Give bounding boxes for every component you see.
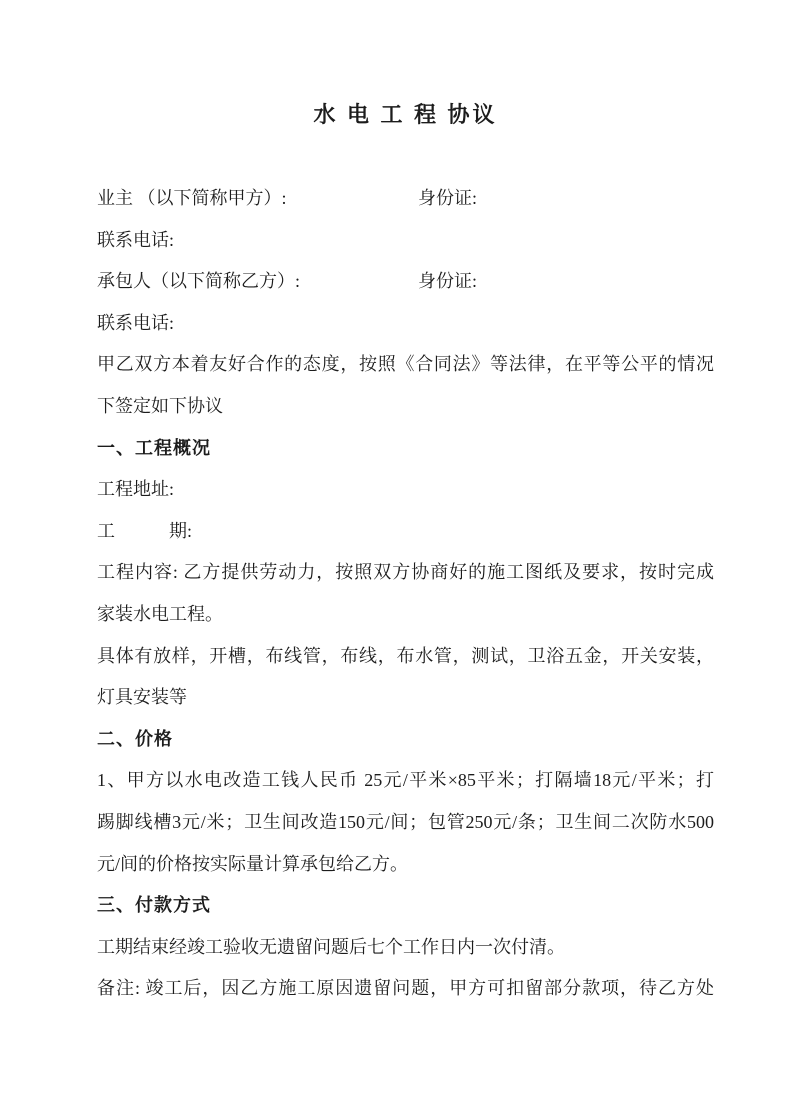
- line-text: 备注: 竣工后，因乙方施工原因遗留问题，甲方可扣留部分款项，待乙方处: [97, 978, 714, 998]
- text-line: 具体有放样，开槽，布线管，布线，布水管，测试，卫浴五金，开关安装，: [97, 636, 714, 678]
- text-line: 工程内容: 乙方提供劳动力，按照双方协商好的施工图纸及要求，按时完成: [97, 552, 714, 594]
- line-text: 承包人（以下简称乙方）:: [97, 271, 300, 291]
- line-text: 1、甲方以水电改造工钱人民币 25元/平米×85平米；打隔墙18元/平米；打: [97, 770, 714, 790]
- line-text: 下签定如下协议: [97, 396, 223, 416]
- document-page: 水 电 工 程 协议 业主 （以下简称甲方）:身份证:联系电话:承包人（以下简称…: [0, 0, 792, 1120]
- line-text: 联系电话:: [97, 313, 174, 333]
- text-line: 灯具安装等: [97, 677, 714, 719]
- text-line: 承包人（以下简称乙方）:身份证:: [97, 261, 714, 303]
- line-text: 灯具安装等: [97, 687, 187, 707]
- line-text: 三、付款方式: [97, 895, 211, 915]
- text-line: 甲乙双方本着友好合作的态度，按照《合同法》等法律，在平等公平的情况: [97, 344, 714, 386]
- text-line: 元/间的价格按实际量计算承包给乙方。: [97, 844, 714, 886]
- text-line: 联系电话:: [97, 220, 714, 262]
- line-text: 甲乙双方本着友好合作的态度，按照《合同法》等法律，在平等公平的情况: [97, 354, 714, 374]
- text-line: 踢脚线槽3元/米；卫生间改造150元/间；包管250元/条；卫生间二次防水500: [97, 802, 714, 844]
- text-line: 工程地址:: [97, 469, 714, 511]
- text-line: 1、甲方以水电改造工钱人民币 25元/平米×85平米；打隔墙18元/平米；打: [97, 760, 714, 802]
- line-text: 家装水电工程。: [97, 604, 223, 624]
- section-heading: 三、付款方式: [97, 885, 714, 927]
- line-text: 具体有放样，开槽，布线管，布线，布水管，测试，卫浴五金，开关安装，: [97, 646, 714, 666]
- section-heading: 二、价格: [97, 719, 714, 761]
- line-text: 踢脚线槽3元/米；卫生间改造150元/间；包管250元/条；卫生间二次防水500: [97, 812, 714, 832]
- text-line: 工期结束经竣工验收无遗留问题后七个工作日内一次付清。: [97, 927, 714, 969]
- text-line: 备注: 竣工后，因乙方施工原因遗留问题，甲方可扣留部分款项，待乙方处: [97, 968, 714, 1010]
- line-text: 工程地址:: [97, 479, 174, 499]
- line-text: 元/间的价格按实际量计算承包给乙方。: [97, 854, 408, 874]
- id-card-label: 身份证:: [418, 261, 477, 303]
- text-line: 工 期:: [97, 511, 714, 553]
- section-heading: 一、工程概况: [97, 428, 714, 470]
- line-text: 工期结束经竣工验收无遗留问题后七个工作日内一次付清。: [97, 937, 565, 957]
- line-text: 工程内容: 乙方提供劳动力，按照双方协商好的施工图纸及要求，按时完成: [97, 562, 714, 582]
- text-line: 联系电话:: [97, 303, 714, 345]
- text-line: 家装水电工程。: [97, 594, 714, 636]
- document-body: 业主 （以下简称甲方）:身份证:联系电话:承包人（以下简称乙方）:身份证:联系电…: [97, 178, 714, 1010]
- line-text: 联系电话:: [97, 230, 174, 250]
- line-text: 一、工程概况: [97, 438, 211, 458]
- text-line: 业主 （以下简称甲方）:身份证:: [97, 178, 714, 220]
- line-text: 二、价格: [97, 729, 173, 749]
- document-title: 水 电 工 程 协议: [97, 97, 714, 133]
- text-line: 下签定如下协议: [97, 386, 714, 428]
- line-text: 工 期:: [97, 521, 192, 541]
- id-card-label: 身份证:: [418, 178, 477, 220]
- line-text: 业主 （以下简称甲方）:: [97, 188, 287, 208]
